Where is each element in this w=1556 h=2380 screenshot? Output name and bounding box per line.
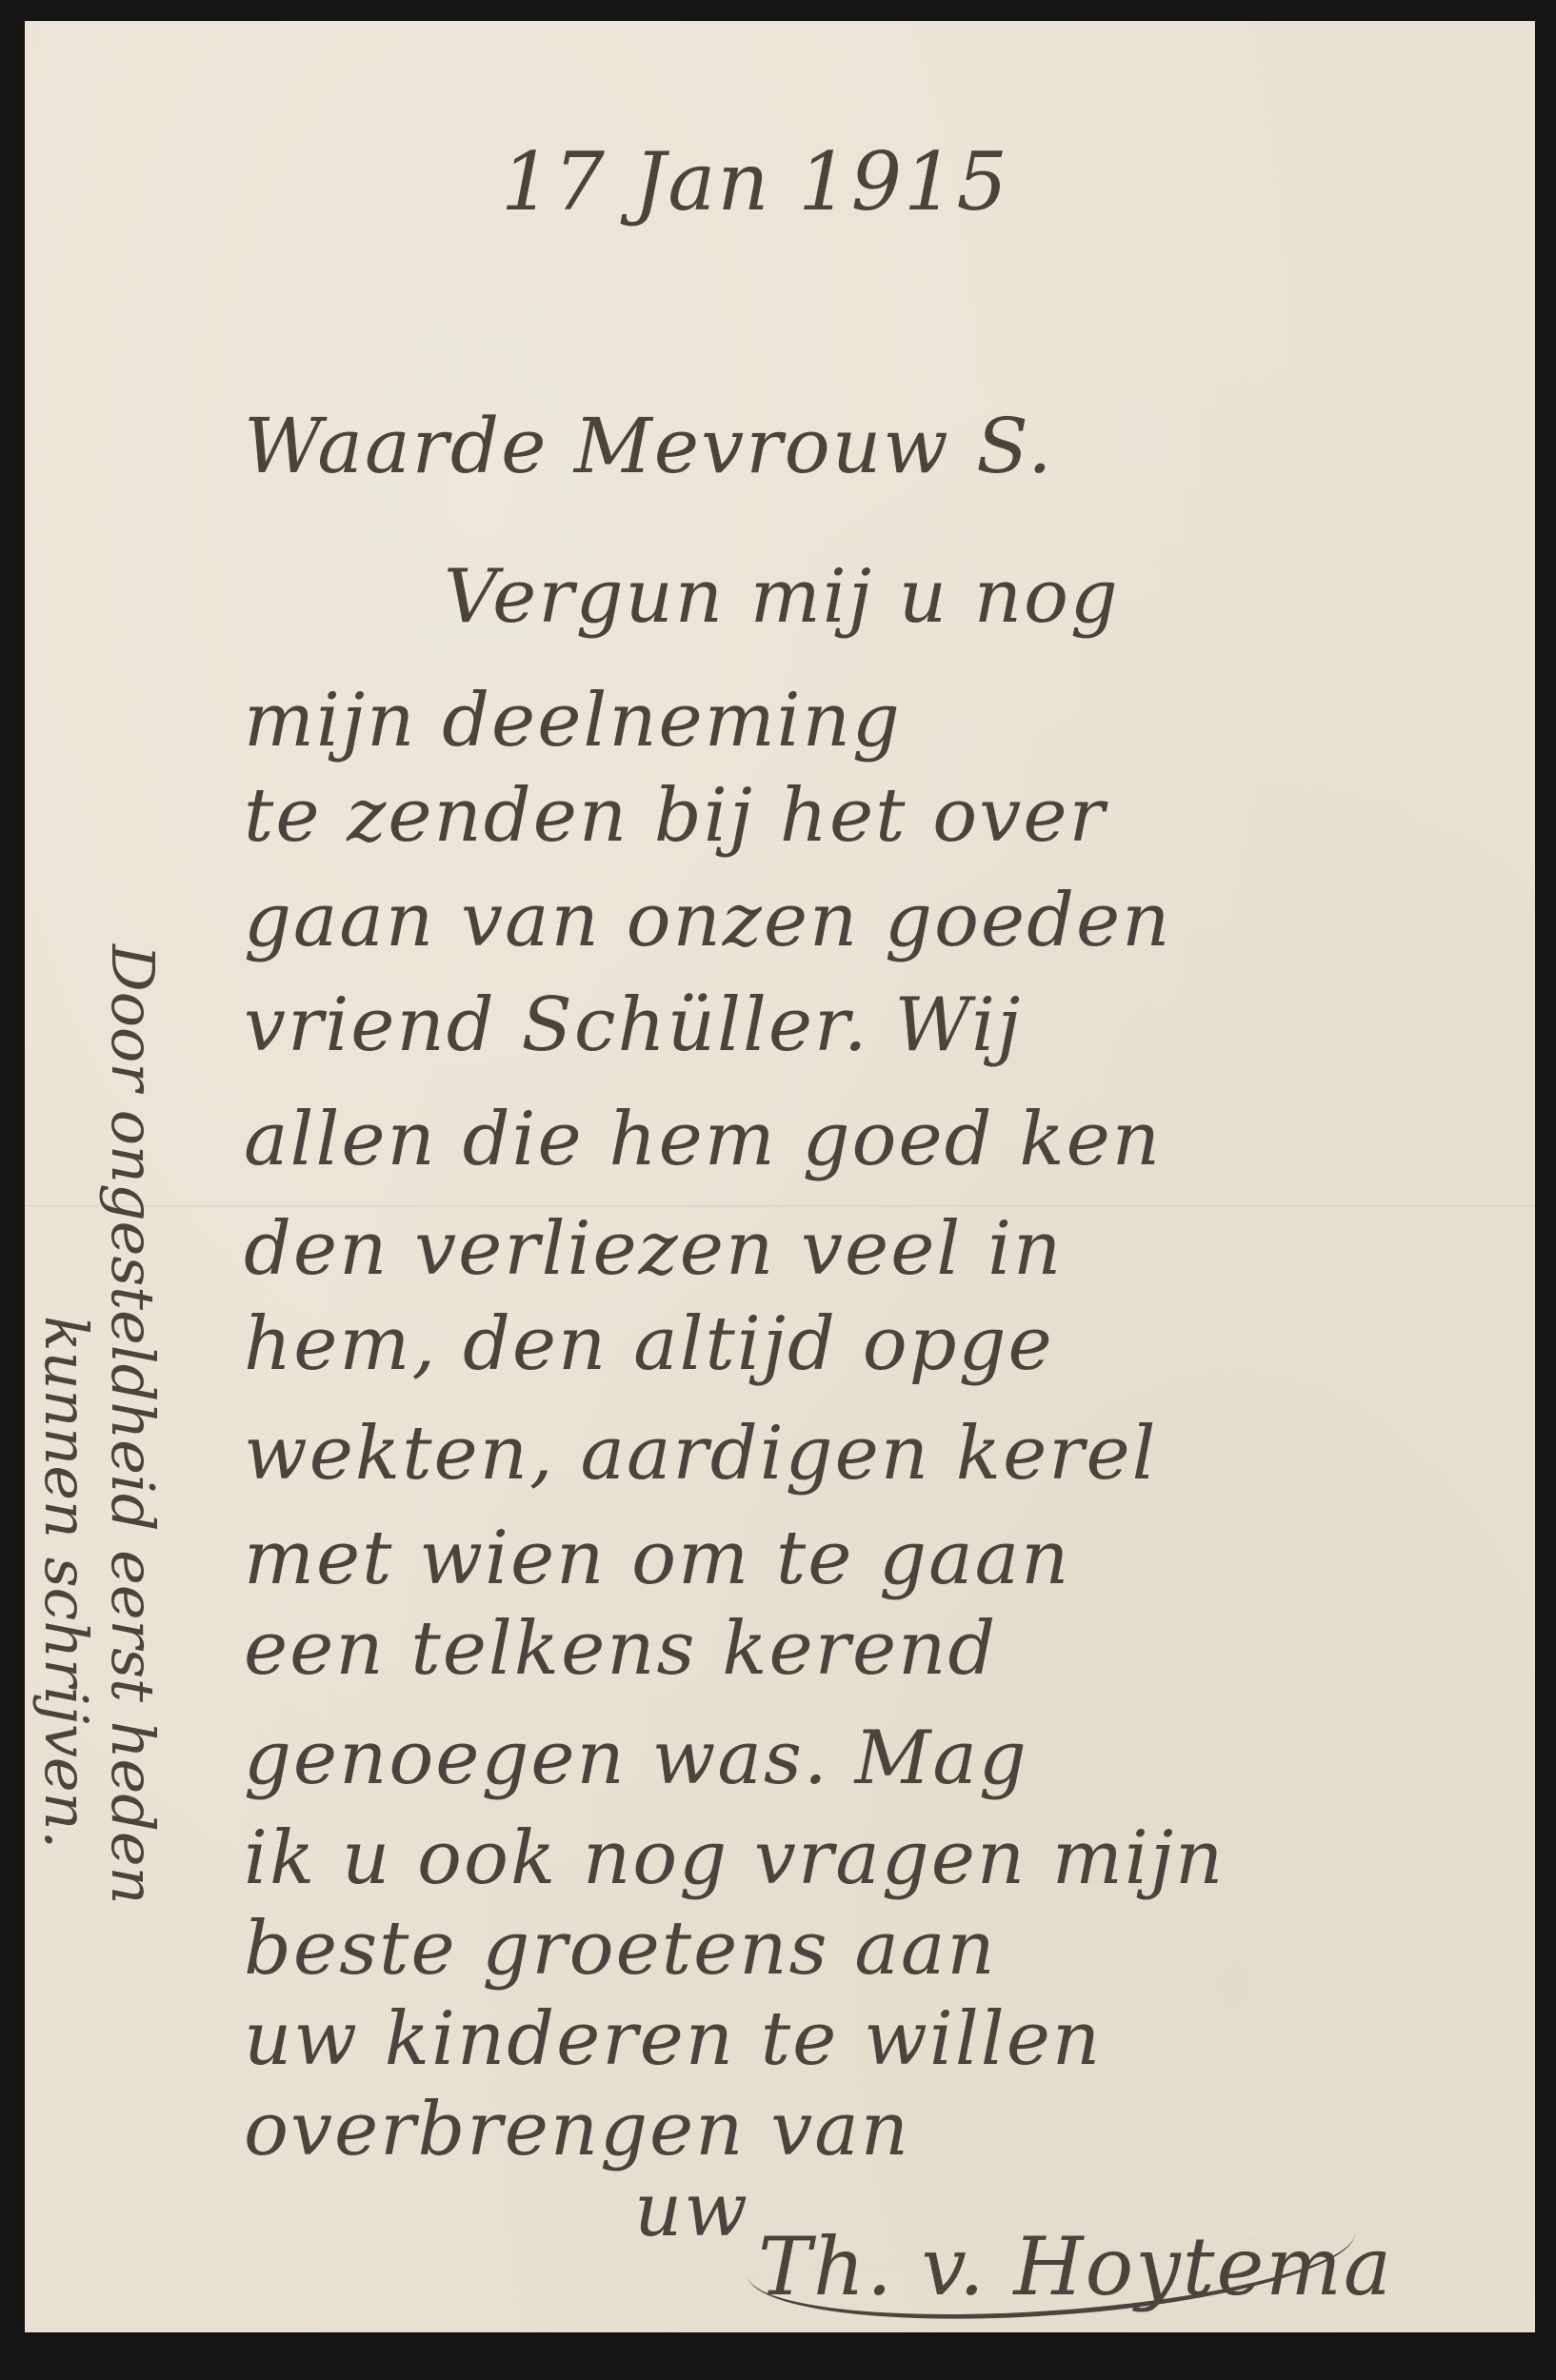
signature-block: Th. v. Hoytema: [25, 21, 1535, 2332]
margin-note-line-2: kunnen schrijven.: [31, 1316, 101, 1849]
margin-note-line-1: Door ongesteldheid eerst heden: [98, 944, 168, 1905]
letter-page: 17 Jan 1915 Waarde Mevrouw S. Vergun mij…: [25, 21, 1535, 2332]
